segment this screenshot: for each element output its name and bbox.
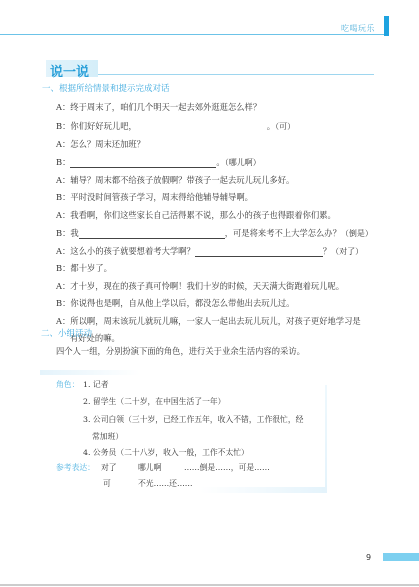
dialogue-line: B：我，可是将来考不上大学怎么办？（倒是） [56, 227, 373, 239]
dialogue-line: B：。（哪儿啊） [56, 156, 261, 168]
dialogue-text: 我看啊，你们这些家长自己活得累不说，那么小的孩子也得跟着你们累。 [70, 210, 336, 220]
speaker: B： [56, 192, 70, 202]
dialogue-line: A：这么小的孩子就要想着考大学啊？？（对了） [56, 245, 363, 257]
section-rule [98, 74, 374, 75]
speaker: B： [56, 121, 70, 131]
answer-blank[interactable] [137, 123, 267, 132]
dialogue-text: 终于周末了，咱们几个明天一起去郊外逛逛怎么样？ [70, 102, 261, 112]
page-accent-bar [383, 553, 419, 561]
dialogue-line: A：才十岁，现在的孩子真可怜啊！我们十岁的时候，天天满大街跑着玩儿呢。 [56, 280, 344, 292]
dialogue-line: B：你们好好玩儿吧，。（可） [56, 120, 295, 132]
punct: ？ [323, 246, 331, 256]
speaker: A： [56, 175, 70, 185]
punct: ，可是将来考不上大学怎么办？ [225, 228, 341, 238]
speaker: A： [56, 281, 70, 291]
dialogue-line: A：辅导？周末都不给孩子放假啊？带孩子一起去玩儿玩儿多好。 [56, 174, 294, 186]
speaker: B： [56, 298, 70, 308]
part2-instruction: 四个人一组，分别扮演下面的角色，进行关于业余生活内容的采访。 [56, 345, 305, 357]
section-title: 说一说 [50, 61, 89, 80]
box-bottom-shade [200, 487, 325, 493]
answer-blank[interactable] [70, 158, 216, 168]
dialogue-line: A：怎么？周末还加班？ [56, 138, 145, 150]
hint-word: （倒是） [341, 229, 373, 238]
dialogue-text: 所以啊，周末该玩儿就玩儿嘛，一家人一起出去玩儿玩儿，对孩子更好地学习是 [70, 316, 360, 326]
role-item: 3. 公司白领（三十岁，已经工作五年，收入不错，工作很忙，经 [83, 414, 303, 425]
dialogue-text: 都十岁了。 [70, 263, 112, 273]
dialogue-line: A：终于周末了，咱们几个明天一起去郊外逛逛怎么样？ [56, 101, 261, 113]
dialogue-text: 我 [70, 228, 78, 238]
expression: 对了 [101, 462, 117, 473]
role-item-continued: 常加班） [92, 431, 123, 442]
speaker: A： [56, 210, 70, 220]
dialogue-line: B：都十岁了。 [56, 262, 112, 274]
hint-word: （哪儿啊） [225, 158, 261, 167]
part2-heading: 二、小组活动 [41, 327, 92, 339]
role-item: 1. 记者 [83, 379, 109, 390]
footer-rule [0, 584, 419, 586]
dialogue-text: 才十岁，现在的孩子真可怜啊！我们十岁的时候，天天满大街跑着玩儿呢。 [70, 281, 344, 291]
expression: 可 [103, 478, 111, 489]
speaker: A： [56, 139, 70, 149]
box-top-shade [40, 370, 140, 375]
speaker: A： [56, 246, 70, 256]
expression: 不光……还…… [138, 478, 193, 489]
role-item: 4. 公务员（二十八岁，收入一般，工作不太忙） [83, 447, 249, 458]
dialogue-text: 平时没时间管孩子学习，周末得给他辅导辅导啊。 [70, 192, 253, 202]
speaker: B： [56, 263, 70, 273]
answer-blank[interactable] [79, 229, 225, 239]
dialogue-text: 你们好好玩儿吧， [70, 121, 136, 131]
box-right-shade [325, 385, 327, 493]
dialogue-line: B：平时没时间管孩子学习，周末得给他辅导辅导啊。 [56, 191, 253, 203]
reference-label: 参考表达： [56, 462, 95, 473]
roles-label: 角色： [56, 379, 79, 390]
dialogue-text: 辅导？周末都不给孩子放假啊？带孩子一起去玩儿玩儿多好。 [70, 175, 294, 185]
dialogue-text: 你说得也是啊，自从他上学以后，都没怎么带他出去玩儿过。 [70, 298, 294, 308]
part1-heading: 一、根据所给情景和提示完成对话 [42, 82, 170, 94]
hint-word: （可） [275, 122, 295, 131]
dialogue-text: 这么小的孩子就要想着考大学啊？ [70, 246, 194, 256]
punct: 。 [267, 121, 275, 131]
speaker: A： [56, 102, 70, 112]
dialogue-line: A：我看啊，你们这些家长自己活得累不说，那么小的孩子也得跟着你们累。 [56, 209, 336, 221]
dialogue-line: A：所以啊，周末该玩儿就玩儿嘛，一家人一起出去玩儿玩儿，对孩子更好地学习是 [56, 315, 361, 327]
page-number: 9 [366, 553, 371, 562]
expression: ……倒是……，可是…… [184, 462, 270, 473]
dialogue-text: 怎么？周末还加班？ [70, 139, 145, 149]
speaker: B： [56, 228, 70, 238]
answer-blank[interactable] [195, 247, 323, 257]
speaker: B： [56, 157, 70, 167]
speaker: A： [56, 316, 70, 326]
dialogue-line: B：你说得也是啊，自从他上学以后，都没怎么带他出去玩儿过。 [56, 297, 294, 309]
header-rule [0, 34, 385, 35]
header-accent-bar [384, 16, 389, 36]
hint-word: （对了） [331, 247, 363, 256]
punct: 。 [216, 157, 224, 167]
chapter-title: 吃喝玩乐 [341, 23, 375, 34]
role-item: 2. 留学生（二十岁，在中国生活了一年） [83, 396, 225, 407]
expression: 哪儿啊 [138, 462, 161, 473]
